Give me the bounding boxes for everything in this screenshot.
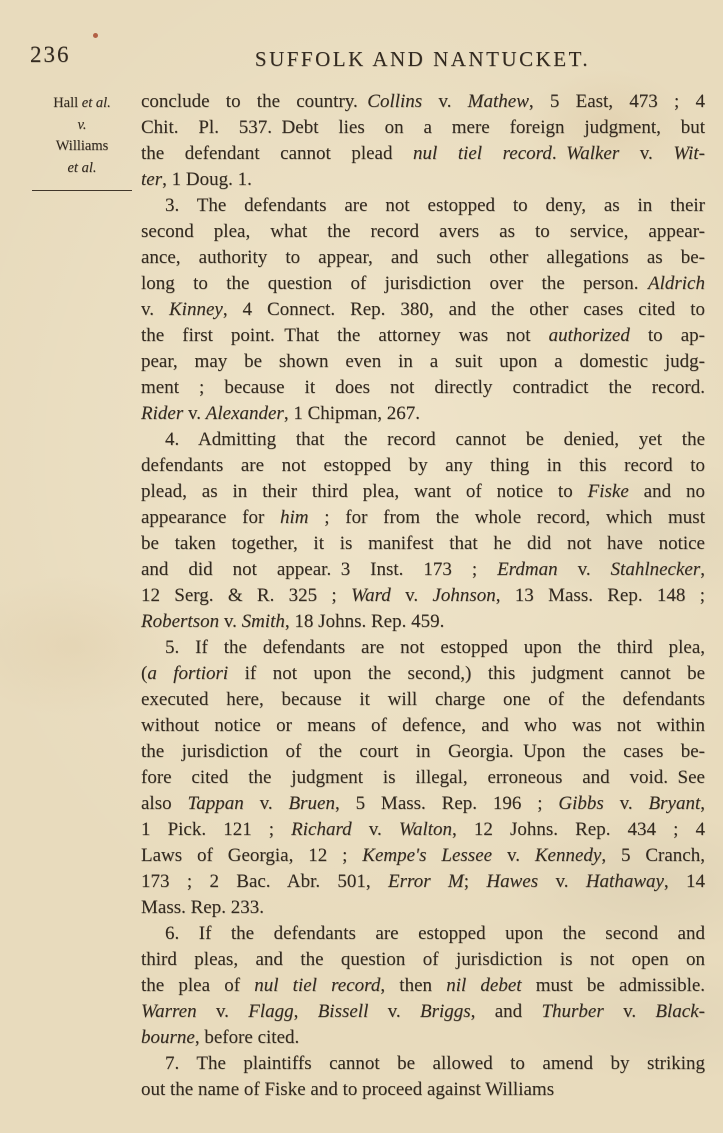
text-line: be taken together, it is manifest that h… <box>141 531 705 557</box>
plain-text: , 1 Chipman, 267. <box>284 403 420 424</box>
italic-text: nul tiel record <box>413 143 552 164</box>
plain-text: , <box>700 559 705 580</box>
text-line: the jurisdiction of the court in Georgia… <box>141 739 705 765</box>
text-line: bourne, before cited. <box>141 1025 705 1051</box>
paragraph: 7. The plaintiffs cannot be allowed to a… <box>141 1051 705 1103</box>
text-line: 6. If the defendants are estopped upon t… <box>141 921 705 947</box>
text-line: executed here, because it will charge on… <box>141 687 705 713</box>
text-line: Robertson v. Smith, 18 Johns. Rep. 459. <box>141 609 705 635</box>
plain-text: plead, as in their third plea, want of n… <box>141 481 588 502</box>
plain-text: and did not appear. 3 Inst. 173 ; <box>141 559 497 580</box>
italic-text: Bryant <box>649 793 701 814</box>
plain-text: v. <box>619 143 673 164</box>
italic-text: Alexander <box>206 403 284 424</box>
plain-text: 4. Admitting that the record cannot be d… <box>165 429 705 450</box>
italic-text: Aldrich <box>648 273 705 294</box>
italic-text: Warren <box>141 1001 197 1022</box>
italic-text: Walton <box>399 819 452 840</box>
margin-case-name: Hall et al.v.Williamset al. <box>28 93 136 179</box>
plain-text: . <box>552 143 566 164</box>
italic-text: Fiske <box>588 481 629 502</box>
text-line: 173 ; 2 Bac. Abr. 501, Error M; Hawes v.… <box>141 869 705 895</box>
plain-text: long to the question of jurisdiction ove… <box>141 273 648 294</box>
ink-speck <box>93 33 98 38</box>
text-line: the first point. That the attorney was n… <box>141 323 705 349</box>
plain-text: , 4 Connect. Rep. 380, and the other cas… <box>223 299 705 320</box>
plain-text: the plea of <box>141 975 254 996</box>
plain-text: , 5 Cranch, <box>601 845 705 866</box>
italic-text: Flagg <box>248 1001 293 1022</box>
plain-text: Chit. Pl. 537. Debt lies on a mere forei… <box>141 117 705 138</box>
text-line: v. Kinney, 4 Connect. Rep. 380, and the … <box>141 297 705 323</box>
plain-text: pear, may be shown even in a suit upon a… <box>141 351 705 372</box>
text-line: 12 Serg. & R. 325 ; Ward v. Johnson, 13 … <box>141 583 705 609</box>
plain-text: , 5 East, 473 ; 4 <box>529 91 705 112</box>
italic-text: Stahlnecker <box>611 559 701 580</box>
italic-text: Hathaway <box>586 871 664 892</box>
plain-text: 12 Serg. & R. 325 ; <box>141 585 351 606</box>
plain-text: v. <box>492 845 535 866</box>
plain-text: , then <box>380 975 446 996</box>
text-line: conclude to the country. Collins v. Math… <box>141 89 705 115</box>
plain-text: conclude to the country. <box>141 91 367 112</box>
plain-text: v. <box>368 1001 420 1022</box>
plain-text: v. <box>244 793 289 814</box>
plain-text: v. <box>197 1001 249 1022</box>
plain-text: if not upon the second,) this judgment c… <box>228 663 705 684</box>
italic-text: v. <box>78 117 87 133</box>
italic-text: Robertson <box>141 611 219 632</box>
plain-text: ; for from the whole record, which must <box>309 507 705 528</box>
italic-text: nul tiel record <box>254 975 380 996</box>
plain-text: ment ; because it does not directly cont… <box>141 377 705 398</box>
plain-text: be taken together, it is manifest that h… <box>141 533 705 554</box>
text-line: Rider v. Alexander, 1 Chipman, 267. <box>141 401 705 427</box>
plain-text: , 18 Johns. Rep. 459. <box>285 611 444 632</box>
italic-text: Gibbs <box>558 793 603 814</box>
text-line: 5. If the defendants are not estopped up… <box>141 635 705 661</box>
plain-text: , 12 Johns. Rep. 434 ; 4 <box>452 819 705 840</box>
plain-text: second plea, what the record avers as to… <box>141 221 705 242</box>
plain-text: to ap- <box>630 325 705 346</box>
paragraph: 3. The defendants are not estopped to de… <box>141 193 705 427</box>
italic-text: authorized <box>549 325 630 346</box>
italic-text: Wit- <box>673 143 705 164</box>
plain-text: 6. If the defendants are estopped upon t… <box>165 923 705 944</box>
scanned-page: 236 SUFFOLK AND NANTUCKET. Hall et al.v.… <box>0 0 723 1133</box>
italic-text: Thurber <box>541 1001 603 1022</box>
plain-text: v. <box>352 819 399 840</box>
text-line: defendants are not estopped by any thing… <box>141 453 705 479</box>
italic-text: bourne <box>141 1027 195 1048</box>
plain-text: v. <box>604 793 649 814</box>
margin-note-line: Williams <box>28 136 136 158</box>
plain-text: the defendant cannot plead <box>141 143 413 164</box>
plain-text: v. <box>391 585 433 606</box>
plain-text: 173 ; 2 Bac. Abr. 501, <box>141 871 388 892</box>
plain-text: 5. If the defendants are not estopped up… <box>165 637 705 658</box>
italic-text: Smith <box>242 611 285 632</box>
plain-text: third pleas, and the question of jurisdi… <box>141 949 705 970</box>
text-line: ance, authority to appear, and such othe… <box>141 245 705 271</box>
italic-text: Mathew <box>468 91 529 112</box>
page-number: 236 <box>30 42 71 68</box>
text-line: 4. Admitting that the record cannot be d… <box>141 427 705 453</box>
plain-text: v. <box>558 559 611 580</box>
plain-text: v. <box>219 611 242 632</box>
plain-text: v. <box>141 299 169 320</box>
italic-text: Walker <box>566 143 619 164</box>
text-line: plead, as in their third plea, want of n… <box>141 479 705 505</box>
plain-text: the jurisdiction of the court in Georgia… <box>141 741 705 762</box>
text-line: second plea, what the record avers as to… <box>141 219 705 245</box>
plain-text: v. <box>604 1001 656 1022</box>
plain-text: Williams <box>56 138 109 154</box>
text-line: 7. The plaintiffs cannot be allowed to a… <box>141 1051 705 1077</box>
paragraph: 5. If the defendants are not estopped up… <box>141 635 705 921</box>
plain-text: , 13 Mass. Rep. 148 ; <box>496 585 705 606</box>
plain-text: , 1 Doug. 1. <box>162 169 252 190</box>
plain-text: v. <box>422 91 467 112</box>
text-line: without notice or means of defence, and … <box>141 713 705 739</box>
plain-text: Laws of Georgia, 12 ; <box>141 845 362 866</box>
italic-text: Johnson <box>432 585 495 606</box>
italic-text: Briggs <box>420 1001 471 1022</box>
margin-case-note: Hall et al.v.Williamset al. <box>28 93 136 191</box>
italic-text: Tappan <box>187 793 243 814</box>
text-line: out the name of Fiske and to proceed aga… <box>141 1077 705 1103</box>
text-line: (a fortiori if not upon the second,) thi… <box>141 661 705 687</box>
italic-text: Collins <box>367 91 422 112</box>
main-text: conclude to the country. Collins v. Math… <box>141 89 705 1103</box>
italic-text: Hawes <box>486 871 538 892</box>
italic-text: et al. <box>82 95 111 111</box>
plain-text: ance, authority to appear, and such othe… <box>141 247 705 268</box>
plain-text: 7. The plaintiffs cannot be allowed to a… <box>165 1053 705 1074</box>
plain-text: , <box>700 793 705 814</box>
italic-text: Kempe's Lessee <box>362 845 492 866</box>
plain-text: Mass. Rep. 233. <box>141 897 264 918</box>
text-line: 3. The defendants are not estopped to de… <box>141 193 705 219</box>
italic-text: Richard <box>291 819 352 840</box>
margin-rule <box>32 190 132 191</box>
text-line: 1 Pick. 121 ; Richard v. Walton, 12 John… <box>141 817 705 843</box>
plain-text: 3. The defendants are not estopped to de… <box>165 195 705 216</box>
plain-text: defendants are not estopped by any thing… <box>141 455 705 476</box>
plain-text: must be admissible. <box>522 975 705 996</box>
text-line: Warren v. Flagg, Bissell v. Briggs, and … <box>141 999 705 1025</box>
plain-text: the first point. That the attorney was n… <box>141 325 549 346</box>
plain-text: and no <box>629 481 705 502</box>
text-line: long to the question of jurisdiction ove… <box>141 271 705 297</box>
plain-text: , 5 Mass. Rep. 196 ; <box>335 793 558 814</box>
italic-text: Kinney <box>169 299 223 320</box>
italic-text: Bissell <box>318 1001 369 1022</box>
plain-text: , before cited. <box>195 1027 299 1048</box>
plain-text: also <box>141 793 187 814</box>
margin-note-line: et al. <box>28 158 136 180</box>
text-line: also Tappan v. Bruen, 5 Mass. Rep. 196 ;… <box>141 791 705 817</box>
plain-text: 1 Pick. 121 ; <box>141 819 291 840</box>
text-line: the defendant cannot plead nul tiel reco… <box>141 141 705 167</box>
text-line: pear, may be shown even in a suit upon a… <box>141 349 705 375</box>
text-line: ter, 1 Doug. 1. <box>141 167 705 193</box>
plain-text: v. <box>183 403 206 424</box>
plain-text: , <box>294 1001 318 1022</box>
running-head: SUFFOLK AND NANTUCKET. <box>140 47 705 72</box>
paragraph: 4. Admitting that the record cannot be d… <box>141 427 705 635</box>
plain-text: out the name of Fiske and to proceed aga… <box>141 1079 554 1100</box>
italic-text: Black- <box>655 1001 705 1022</box>
italic-text: Ward <box>351 585 391 606</box>
italic-text: a fortiori <box>147 663 228 684</box>
italic-text: ter <box>141 169 162 190</box>
margin-note-line: Hall et al. <box>28 93 136 115</box>
text-line: Laws of Georgia, 12 ; Kempe's Lessee v. … <box>141 843 705 869</box>
italic-text: Kennedy <box>535 845 601 866</box>
italic-text: him <box>280 507 309 528</box>
italic-text: Error M <box>388 871 464 892</box>
text-line: fore cited the judgment is illegal, erro… <box>141 765 705 791</box>
italic-text: Rider <box>141 403 183 424</box>
plain-text: ; <box>464 871 487 892</box>
plain-text: , 14 <box>664 871 705 892</box>
text-line: Mass. Rep. 233. <box>141 895 705 921</box>
plain-text: v. <box>538 871 586 892</box>
plain-text: without notice or means of defence, and … <box>141 715 705 736</box>
text-line: ment ; because it does not directly cont… <box>141 375 705 401</box>
plain-text: appearance for <box>141 507 280 528</box>
italic-text: Bruen <box>289 793 335 814</box>
text-line: the plea of nul tiel record, then nil de… <box>141 973 705 999</box>
text-line: Chit. Pl. 537. Debt lies on a mere forei… <box>141 115 705 141</box>
margin-note-line: v. <box>28 115 136 137</box>
plain-text: executed here, because it will charge on… <box>141 689 705 710</box>
plain-text: Hall <box>53 95 82 111</box>
paragraph: conclude to the country. Collins v. Math… <box>141 89 705 193</box>
text-line: and did not appear. 3 Inst. 173 ; Erdman… <box>141 557 705 583</box>
text-line: appearance for him ; for from the whole … <box>141 505 705 531</box>
plain-text: fore cited the judgment is illegal, erro… <box>141 767 705 788</box>
text-line: third pleas, and the question of jurisdi… <box>141 947 705 973</box>
plain-text: , and <box>471 1001 542 1022</box>
italic-text: et al. <box>68 160 97 176</box>
italic-text: Erdman <box>497 559 558 580</box>
italic-text: nil debet <box>446 975 521 996</box>
paragraph: 6. If the defendants are estopped upon t… <box>141 921 705 1051</box>
